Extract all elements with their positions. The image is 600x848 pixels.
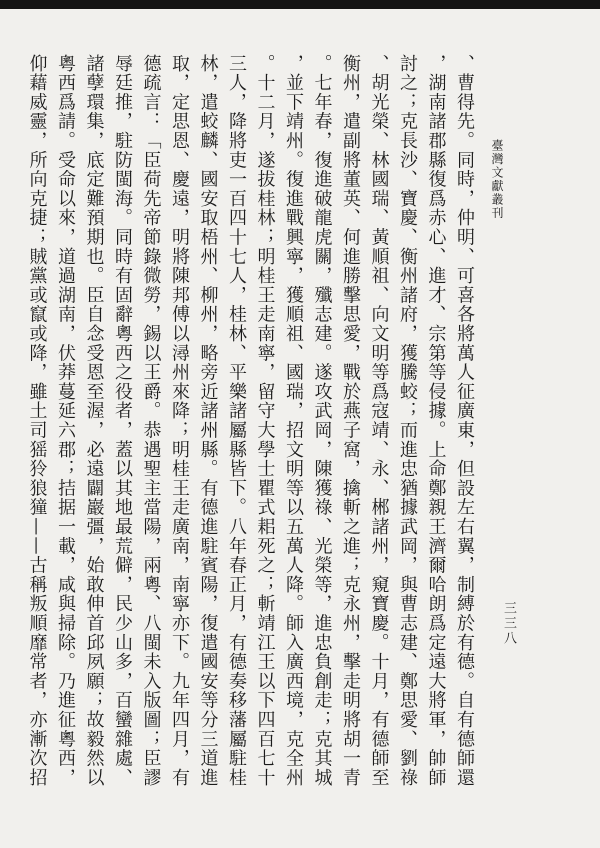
text-column: 取，定思恩、慶遠，明將陳邦傅以潯州來降；明桂王走廣南，南寧亦下。九年四月，有	[165, 54, 194, 794]
scan-edge-artifact	[0, 0, 600, 9]
text-column: ，並下靖州。復進戰興寧，獲順祖、國瑞，招文明等以五萬人降。師入廣西境，克全州	[279, 54, 308, 794]
text-column: 德疏言：「臣荷先帝節錄微勞，錫以王爵。恭遇聖主當陽，兩粵、八閩未入版圖；臣謬	[136, 54, 165, 794]
text-column: 。十二月，遂拔桂林；明桂王走南寧，留守大學士瞿式耜死之；斬靖江王以下四百七十	[250, 54, 279, 794]
text-column: 仰藉威靈，所向克捷；賊黨或竄或降，雖土司猺狑狼獞——古稱叛順靡常者，亦漸次招	[22, 54, 51, 794]
page-number: 三三八	[499, 601, 518, 646]
text-column: 衡州，遣副將董英、何進勝擊思愛，戰於燕子窩，擒斬之進；克永州，擊走明將胡一青	[336, 54, 365, 794]
text-column: 、胡光榮、林國瑞、黃順祖、向文明等爲寇靖、永、郴諸州，窺寶慶。十月，有德師至	[364, 54, 393, 794]
text-column: 、曹得先。同時，仲明、可喜各將萬人征廣東，但設左右翼，制縛於有德。自有德師還	[450, 54, 479, 794]
text-column: 粵西爲請。受命以來，道過湖南，伏莽蔓延六郡；拮据一載，咸與掃除。乃進征粵西，	[51, 54, 80, 794]
text-column: 諸孽環集，底定難預期也。臣自念受恩至渥，必遠闢巖彊，始敢伸首邱夙願；故毅然以	[79, 54, 108, 794]
running-head-series-title: 臺灣文獻叢刊	[489, 139, 506, 220]
text-column: ，湖南諸郡縣復爲赤心、進才、宗第等侵據。上命鄭親王濟爾哈朗爲定遠大將軍，帥師	[421, 54, 450, 794]
text-column: 討之；克長沙、寶慶、衡州諸府，獲騰蛟；而進忠猶據武岡，與曹志建、鄭思愛、劉祿	[393, 54, 422, 794]
text-column: 林，遣蛟麟、國安取梧州、柳州，略旁近諸州縣。有德進駐賓陽，復遣國安等分三道進	[193, 54, 222, 794]
book-page-scan: 臺灣文獻叢刊 三三八 、曹得先。同時，仲明、可喜各將萬人征廣東，但設左右翼，制縛…	[0, 0, 600, 848]
text-column: 。七年春，復進破龍虎關，殲志建。遂攻武岡，陳獲祿、光榮等，進忠負創走；克其城	[307, 54, 336, 794]
text-column: 辱廷推，駐防閩海。同時有固辭粵西之役者，蓋以其地最荒僻，民少山多，百蠻雜處、	[108, 54, 137, 794]
text-column: 三人，降將吏一百四十七人，桂林、平樂諸屬縣皆下。八年春正月，有德奏移藩屬駐桂	[222, 54, 251, 794]
main-text-block: 、曹得先。同時，仲明、可喜各將萬人征廣東，但設左右翼，制縛於有德。自有德師還 ，…	[22, 54, 478, 794]
